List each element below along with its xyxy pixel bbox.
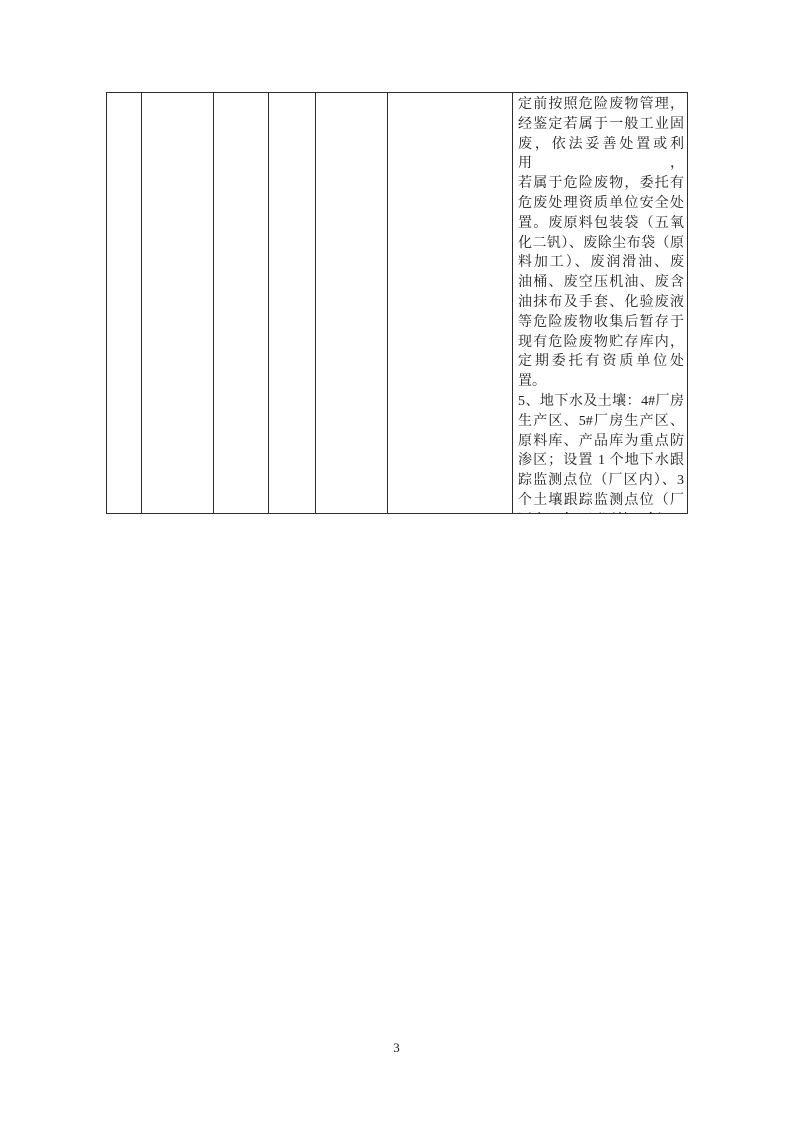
notes-text-line: 生产区、5#厂房生产区、 — [518, 412, 684, 432]
notes-text-line: 料加工）、废润滑油、废 — [518, 253, 684, 273]
table-cell-empty-6 — [388, 93, 513, 513]
document-page: 定前按照危险废物管理，经鉴定若属于一般工业固废，依法妥善处置或利用，若属于危险废… — [0, 0, 793, 1122]
notes-text-line: 油桶、废空压机油、废含 — [518, 273, 684, 293]
notes-text-line: 置。废原料包装袋（五氧 — [518, 214, 684, 234]
notes-text-line: 个土壤跟踪监测点位（厂 — [518, 491, 684, 511]
notes-text-line: 等危险废物收集后暂存于 — [518, 313, 684, 333]
page-number: 3 — [0, 1040, 793, 1056]
notes-text-line: 定期委托有资质单位处 — [518, 352, 684, 372]
table-cell-empty-2 — [142, 93, 214, 513]
notes-text-line: 废，依法妥善处置或利用， — [518, 135, 684, 175]
notes-text-line: 定前按照危险废物管理， — [518, 95, 684, 115]
notes-text-line: 原料库、产品库为重点防 — [518, 432, 684, 452]
notes-text-line: 油抹布及手套、化验废液 — [518, 293, 684, 313]
table-cell-empty-1 — [107, 93, 142, 513]
notes-text-line: 化二钒）、废除尘布袋（原 — [518, 234, 684, 254]
notes-text-line: 经鉴定若属于一般工业固 — [518, 115, 684, 135]
notes-text-line: 踪监测点位（厂区内）、3 — [518, 471, 684, 491]
notes-text-line: 区内 1 个、厂区外 2 个）。 — [518, 511, 684, 513]
table-cell-notes: 定前按照危险废物管理，经鉴定若属于一般工业固废，依法妥善处置或利用，若属于危险废… — [513, 93, 687, 513]
notes-text-line: 5、地下水及土壤：4#厂房 — [518, 392, 684, 412]
table-cell-empty-4 — [269, 93, 316, 513]
notes-text-line: 现有危险废物贮存库内， — [518, 333, 684, 353]
notes-text-line: 渗区；设置 1 个地下水跟 — [518, 451, 684, 471]
notes-text-line: 若属于危险废物，委托有 — [518, 174, 684, 194]
notes-text-line: 置。 — [518, 372, 684, 392]
table-cell-empty-3 — [214, 93, 269, 513]
table-cell-empty-5 — [316, 93, 388, 513]
notes-text-line: 危废处理资质单位安全处 — [518, 194, 684, 214]
report-table: 定前按照危险废物管理，经鉴定若属于一般工业固废，依法妥善处置或利用，若属于危险废… — [106, 92, 688, 514]
